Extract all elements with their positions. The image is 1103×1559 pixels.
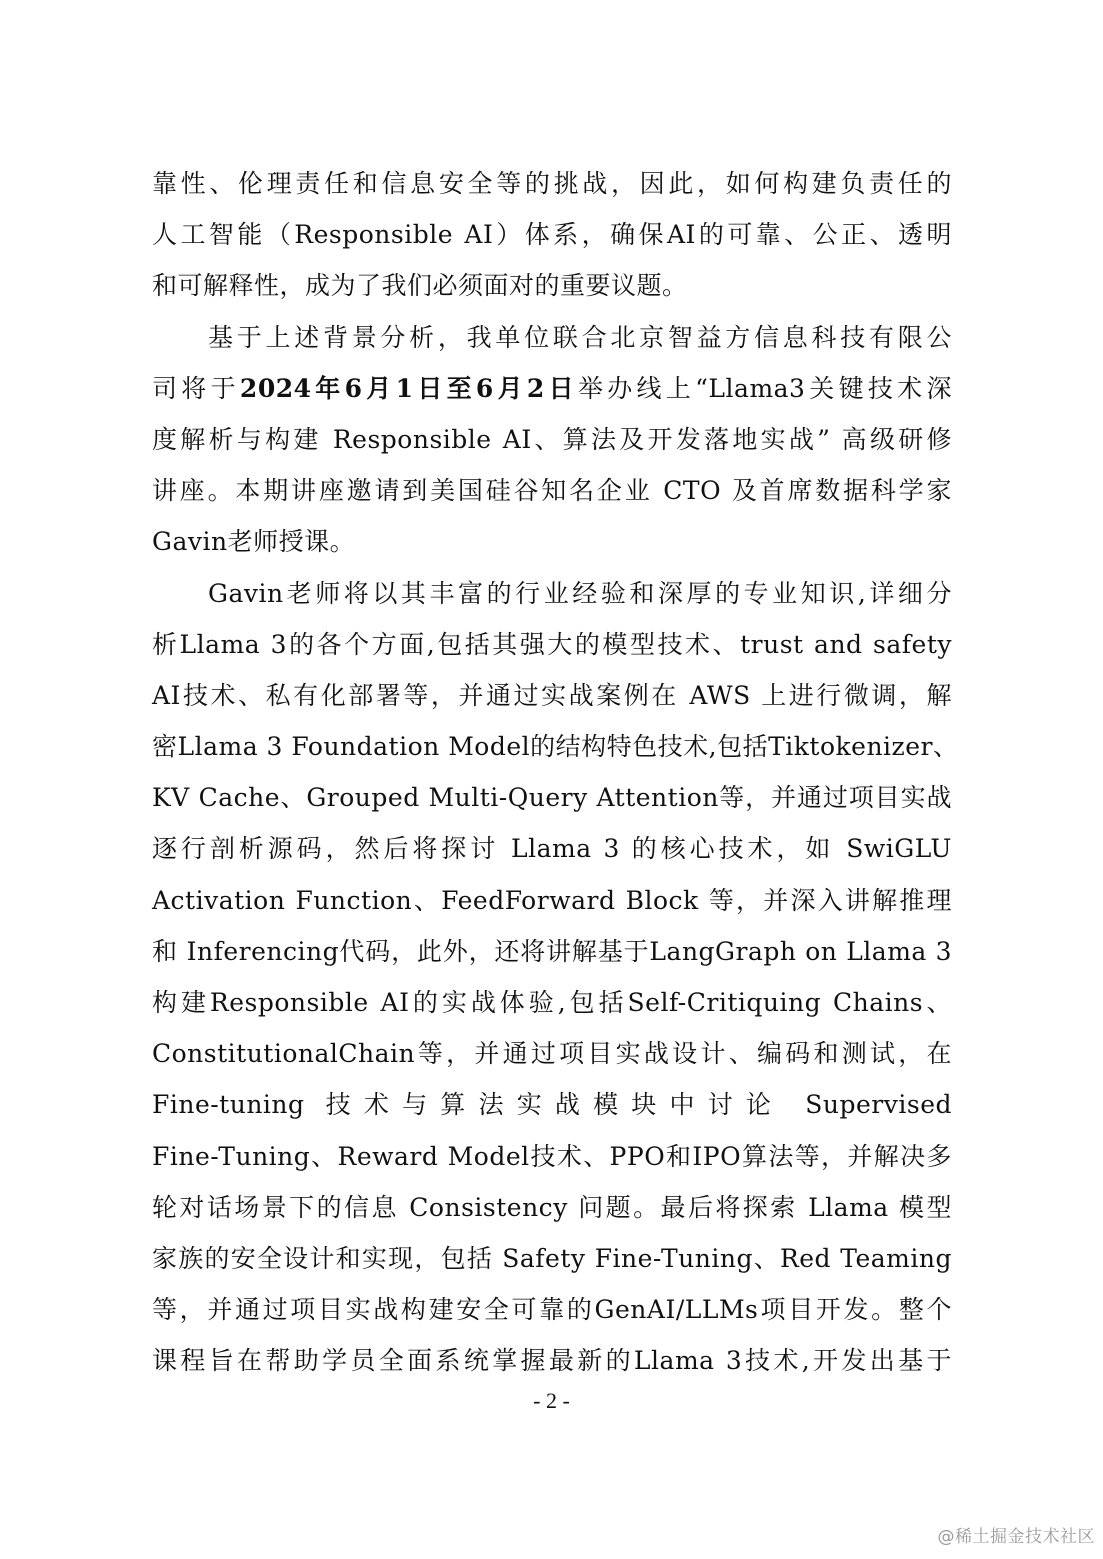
text-run: 密Llama 3 Foundation Model的结构特色技术,包括Tikto… [152, 732, 958, 761]
text-line: 家族的安全设计和实现，包括 Safety Fine-Tuning、Red Tea… [152, 1237, 952, 1288]
text-run: 析Llama 3的各个方面,包括其强大的模型技术、trust and safet… [152, 630, 952, 659]
page-number: - 2 - [0, 1388, 1103, 1414]
text-line: Gavin老师将以其丰富的行业经验和深厚的专业知识,详细分 [152, 572, 952, 623]
text-line: 基于上述背景分析，我单位联合北京智益方信息科技有限公 [152, 316, 952, 367]
text-run: Gavin老师授课。 [152, 527, 355, 556]
text-run: 等，并通过项目实战构建安全可靠的GenAI/LLMs项目开发。整个 [152, 1295, 952, 1324]
text-line: 课程旨在帮助学员全面系统掌握最新的Llama 3技术,开发出基于 [152, 1339, 952, 1390]
text-line: 人工智能（Responsible AI）体系，确保AI的可靠、公正、透明 [152, 213, 952, 264]
text-run: 人工智能（Responsible AI）体系，确保AI的可靠、公正、透明 [152, 220, 952, 249]
event-date: 2024年6月1日至6月2日 [240, 374, 578, 403]
document-page: 靠性、伦理责任和信息安全等的挑战，因此，如何构建负责任的 人工智能（Respon… [0, 0, 1103, 1559]
text-run: 构建Responsible AI的实战体验,包括Self-Critiquing … [152, 988, 952, 1017]
text-line: ConstitutionalChain等，并通过项目实战设计、编码和测试，在 [152, 1032, 952, 1083]
text-line: 构建Responsible AI的实战体验,包括Self-Critiquing … [152, 981, 952, 1032]
text-run: 和可解释性，成为了我们必须面对的重要议题。 [152, 271, 688, 300]
text-run: 基于上述背景分析，我单位联合北京智益方信息科技有限公 [208, 323, 952, 352]
text-line: 逐行剖析源码，然后将探讨 Llama 3 的核心技术，如 SwiGLU [152, 827, 952, 878]
text-run: 讲座。本期讲座邀请到美国硅谷知名企业 CTO 及首席数据科学家 [152, 476, 952, 505]
text-run: 轮对话场景下的信息 Consistency 问题。最后将探索 Llama 模型 [152, 1193, 952, 1222]
text-run: Activation Function、FeedForward Block 等，… [152, 886, 952, 915]
text-run: 家族的安全设计和实现，包括 Safety Fine-Tuning、Red Tea… [152, 1244, 952, 1273]
text-run: 和 Inferencing代码，此外，还将讲解基于LangGraph on Ll… [152, 937, 952, 966]
text-line: KV Cache、Grouped Multi-Query Attention等，… [152, 776, 952, 827]
text-run: 逐行剖析源码，然后将探讨 Llama 3 的核心技术，如 SwiGLU [152, 834, 952, 863]
text-line: 和 Inferencing代码，此外，还将讲解基于LangGraph on Ll… [152, 930, 952, 981]
text-line: 密Llama 3 Foundation Model的结构特色技术,包括Tikto… [152, 725, 952, 776]
text-line: Fine-tuning 技术与算法实战模块中讨论 Supervised [152, 1083, 952, 1134]
text-run: Fine-Tuning、Reward Model技术、PPO和IPO算法等，并解… [152, 1142, 952, 1171]
text-line: 讲座。本期讲座邀请到美国硅谷知名企业 CTO 及首席数据科学家 [152, 469, 952, 520]
text-run: 司将于 [152, 374, 240, 403]
text-run: 靠性、伦理责任和信息安全等的挑战，因此，如何构建负责任的 [152, 169, 952, 198]
text-line: 等，并通过项目实战构建安全可靠的GenAI/LLMs项目开发。整个 [152, 1288, 952, 1339]
watermark: @稀土掘金技术社区 [938, 1522, 1096, 1547]
text-line: Fine-Tuning、Reward Model技术、PPO和IPO算法等，并解… [152, 1135, 952, 1186]
text-line: 轮对话场景下的信息 Consistency 问题。最后将探索 Llama 模型 [152, 1186, 952, 1237]
text-run: Gavin老师将以其丰富的行业经验和深厚的专业知识,详细分 [208, 579, 952, 608]
text-run: Fine-tuning 技术与算法实战模块中讨论 Supervised [152, 1090, 952, 1119]
text-run: KV Cache、Grouped Multi-Query Attention等，… [152, 783, 952, 812]
text-run: ConstitutionalChain等，并通过项目实战设计、编码和测试，在 [152, 1039, 952, 1068]
text-run: 度解析与构建 Responsible AI、算法及开发落地实战” 高级研修 [152, 425, 952, 454]
text-line: 度解析与构建 Responsible AI、算法及开发落地实战” 高级研修 [152, 418, 952, 469]
text-line: 司将于2024年6月1日至6月2日举办线上“Llama3关键技术深 [152, 367, 952, 418]
text-line: AI技术、私有化部署等，并通过实战案例在 AWS 上进行微调，解 [152, 674, 952, 725]
text-run: AI技术、私有化部署等，并通过实战案例在 AWS 上进行微调，解 [152, 681, 952, 710]
text-line: 和可解释性，成为了我们必须面对的重要议题。 [152, 264, 952, 315]
text-line: Gavin老师授课。 [152, 520, 952, 571]
document-body: 靠性、伦理责任和信息安全等的挑战，因此，如何构建负责任的 人工智能（Respon… [152, 162, 952, 1391]
text-line: 析Llama 3的各个方面,包括其强大的模型技术、trust and safet… [152, 623, 952, 674]
text-line: 靠性、伦理责任和信息安全等的挑战，因此，如何构建负责任的 [152, 162, 952, 213]
text-run: 举办线上“Llama3关键技术深 [578, 374, 952, 403]
text-line: Activation Function、FeedForward Block 等，… [152, 879, 952, 930]
text-run: 课程旨在帮助学员全面系统掌握最新的Llama 3技术,开发出基于 [152, 1346, 952, 1375]
